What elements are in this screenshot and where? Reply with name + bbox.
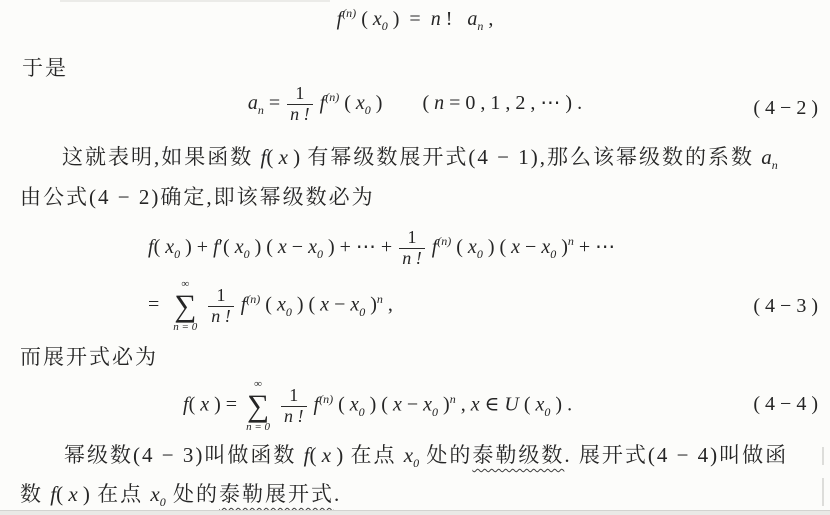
paragraph-taylor-line2: 数 f( x ) 在点 x0 处的泰勒展开式. [20, 481, 341, 511]
equation-4-2: an = 1n ! f(n) ( x0 ) ( n = 0 , 1 , 2 , … [0, 84, 830, 125]
paragraph-explain-line1: 这就表明,如果函数 f( x ) 有幂级数展开式(4 − 1),那么该幂级数的系… [62, 144, 778, 174]
page-edge-artifact [822, 447, 824, 465]
page-edge-artifact [822, 478, 824, 506]
textbook-page: f(n) ( x0 ) = n ! an , 于是 an = 1n ! f(n)… [0, 0, 830, 515]
equation-derivative-coefficient: f(n) ( x0 ) = n ! an , [0, 7, 830, 32]
equation-label-4-4: ( 4 − 4 ) [753, 393, 818, 416]
page-bottom-edge [0, 510, 830, 515]
equation-4-3: = ∞∑n = 0 1n ! f(n) ( x0 ) ( x − x0 )n , [148, 278, 393, 334]
equation-series-expansion: f( x0 ) + f′( x0 ) ( x − x0 ) + ⋯ + 1n !… [148, 228, 615, 269]
equation-4-4: f( x ) = ∞∑n = 0 1n ! f(n) ( x0 ) ( x − … [183, 378, 572, 434]
paragraph-expansion-must-be: 而展开式必为 [20, 344, 158, 371]
scan-smudge-top [60, 0, 330, 2]
paragraph-taylor-line1: 幂级数(4 − 3)叫做函数 f( x ) 在点 x0 处的泰勒级数. 展开式(… [64, 442, 788, 472]
equation-label-4-3: ( 4 − 3 ) [753, 295, 818, 318]
equation-label-4-2: ( 4 − 2 ) [753, 97, 818, 120]
paragraph-explain-line2: 由公式(4 − 2)确定,即该幂级数必为 [20, 184, 375, 211]
paragraph-thus: 于是 [22, 55, 68, 82]
